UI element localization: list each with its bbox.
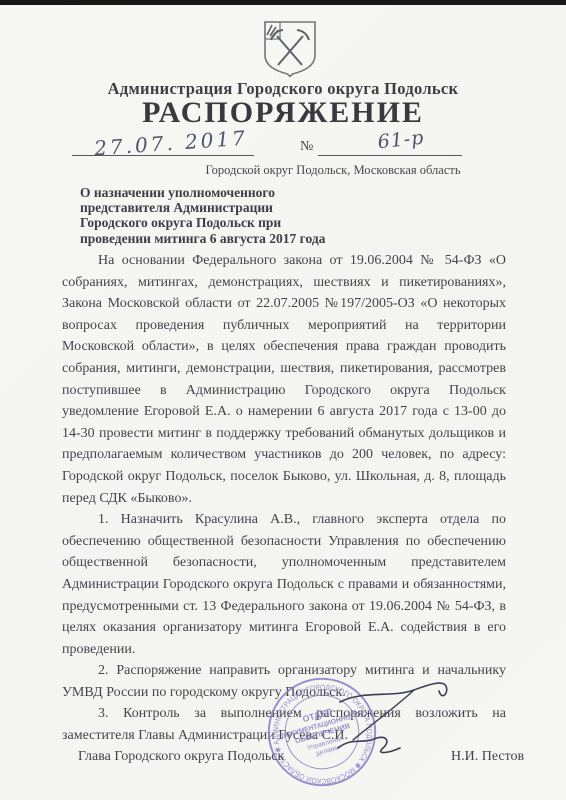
number-sign-label: № — [300, 139, 313, 155]
paragraph-preamble: На основании Федерального закона от 19.0… — [62, 250, 506, 509]
document-body: На основании Федерального закона от 19.0… — [62, 250, 506, 747]
number-underline — [318, 155, 462, 156]
podolsk-coat-of-arms-icon — [258, 19, 322, 79]
signer-name: Н.И. Пестов — [451, 749, 524, 765]
paragraph-item-1: 1. Назначить Красулина А.В., главного эк… — [62, 509, 506, 660]
signer-title: Глава Городского округа Подольск — [78, 749, 284, 765]
scanned-document-page: Администрация Городского округа Подольск… — [0, 0, 566, 800]
place-line: Городской округ Подольск, Московская обл… — [103, 163, 563, 178]
scan-artifact-top-bar — [0, 0, 566, 5]
document-type-title: РАСПОРЯЖЕНИЕ — [0, 96, 566, 130]
document-subject: О назначении уполномоченного представите… — [80, 185, 380, 246]
date-underline — [72, 155, 254, 156]
